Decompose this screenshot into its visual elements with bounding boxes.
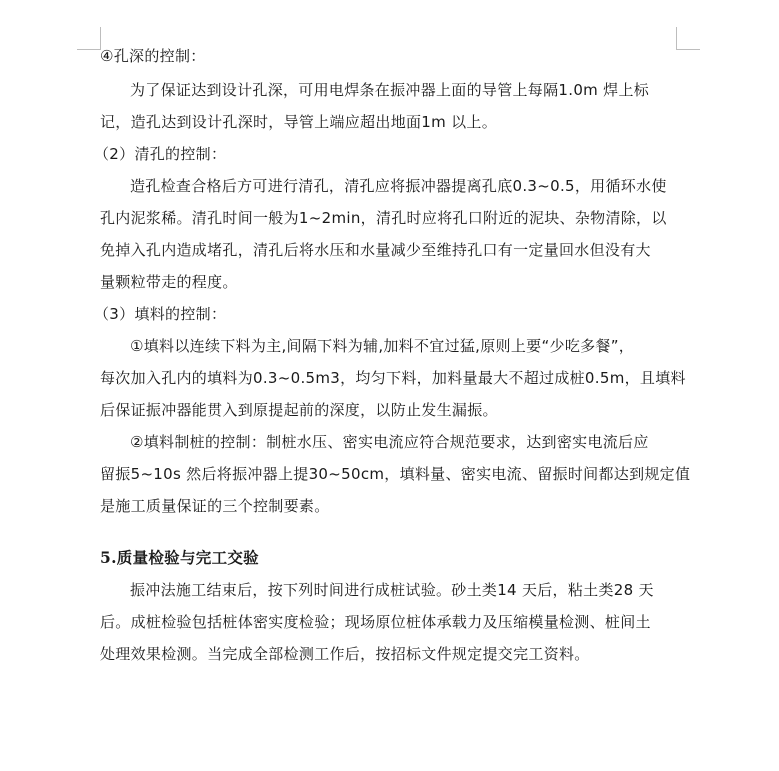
text-line: ②填料制桩的控制：制桩水压、密实电流应符合规范要求，达到密实电流后应 <box>130 432 649 452</box>
text-line: 振冲法施工结束后，按下列时间进行成桩试验。砂土类14 天后，粘土类28 天 <box>130 580 654 600</box>
text-line: ④孔深的控制： <box>100 46 206 66</box>
text-line: 后保证振冲器能贯入到原提起前的深度，以防止发生漏振。 <box>100 400 498 420</box>
text-line: 是施工质量保证的三个控制要素。 <box>100 496 330 516</box>
text-line: 后。成桩检验包括桩体密实度检验；现场原位桩体承载力及压缩模量检测、桩间土 <box>100 612 651 632</box>
text-line: 为了保证达到设计孔深，可用电焊条在振冲器上面的导管上每隔1.0m 焊上标 <box>130 80 649 100</box>
text-line: 孔内泥浆稀。清孔时间一般为1~2min，清孔时应将孔口附近的泥块、杂物清除，以 <box>100 208 667 228</box>
section-heading: 5.质量检验与完工交验 <box>100 548 259 568</box>
subsection-heading: （2）清孔的控制： <box>94 144 226 164</box>
text-line: ①填料以连续下料为主,间隔下料为辅,加料不宜过猛,原则上要“少吃多餐”， <box>130 336 634 356</box>
text-line: 每次加入孔内的填料为0.3~0.5m3，均匀下料，加料量最大不超过成桩0.5m，… <box>100 368 686 388</box>
text-line: 造孔检查合格后方可进行清孔，清孔应将振冲器提离孔底0.3~0.5，用循环水使 <box>130 176 667 196</box>
text-line: 留振5~10s 然后将振冲器上提30~50cm，填料量、密实电流、留振时间都达到… <box>100 464 690 484</box>
text-line: 量颗粒带走的程度。 <box>100 272 238 292</box>
text-line: 处理效果检测。当完成全部检测工作后，按招标文件规定提交完工资料。 <box>100 644 590 664</box>
text-line: 免掉入孔内造成堵孔，清孔后将水压和水量减少至维持孔口有一定量回水但没有大 <box>100 240 651 260</box>
subsection-heading: （3）填料的控制： <box>94 304 226 324</box>
text-line: 记，造孔达到设计孔深时，导管上端应超出地面1m 以上。 <box>100 112 497 132</box>
